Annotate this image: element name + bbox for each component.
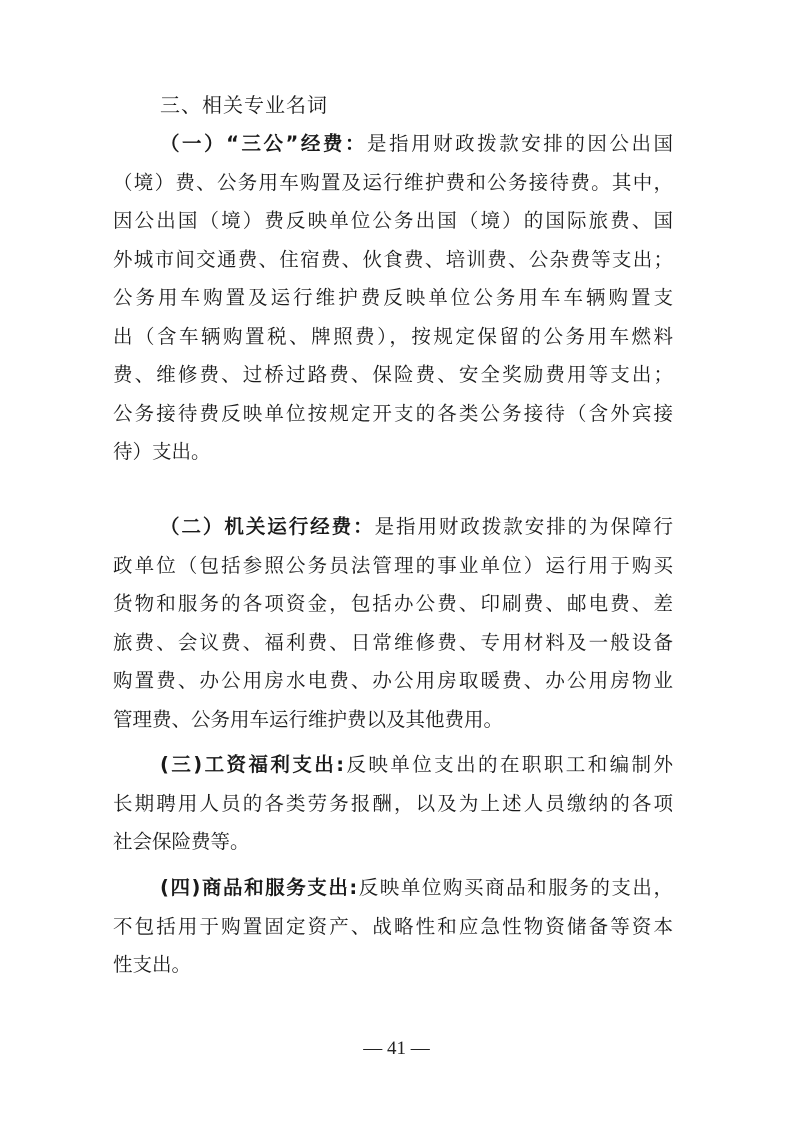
paragraph-3-line-2: 长期聘用人员的各类劳务报酬，以及为上述人员缴纳的各项 <box>113 785 673 823</box>
document-page: 三、相关专业名词 （一）“三公”经费：是指用财政拨款安排的因公出国 （境）费、公… <box>0 0 793 1122</box>
section-heading: 三、相关专业名词 <box>160 86 720 124</box>
paragraph-3-line-1: (三)工资福利支出:反映单位支出的在职职工和编制外 <box>160 746 673 784</box>
paragraph-1-line-1: （一）“三公”经费：是指用财政拨款安排的因公出国 <box>160 125 673 163</box>
paragraph-4-line-2: 不包括用于购置固定资产、战略性和应急性物资储备等资本 <box>113 908 673 946</box>
paragraph-1-line-6: 出（含车辆购置税、牌照费），按规定保留的公务用车燃料 <box>113 318 673 356</box>
paragraph-2-line-6: 管理费、公务用车运行维护费以及其他费用。 <box>113 701 673 739</box>
paragraph-2-line-5: 购置费、办公用房水电费、办公用房取暖费、办公用房物业 <box>113 662 673 700</box>
paragraph-text: 反映单位支出的在职职工和编制外 <box>344 753 673 776</box>
term-goods-services-expenditure: (四)商品和服务支出: <box>160 876 357 899</box>
paragraph-2-line-4: 旅费、会议费、福利费、日常维修费、专用材料及一般设备 <box>113 624 673 662</box>
paragraph-1-line-8: 公务接待费反映单位按规定开支的各类公务接待（含外宾接 <box>113 395 673 433</box>
paragraph-1-line-5: 公务用车购置及运行维护费反映单位公务用车车辆购置支 <box>113 279 673 317</box>
paragraph-2-line-3: 货物和服务的各项资金，包括办公费、印刷费、邮电费、差 <box>113 585 673 623</box>
paragraph-1-line-4: 外城市间交通费、住宿费、伙食费、培训费、公杂费等支出； <box>113 241 673 279</box>
term-sangong-funds: （一）“三公”经费： <box>160 132 367 155</box>
paragraph-4-line-3: 性支出。 <box>113 946 673 984</box>
paragraph-3-line-3: 社会保险费等。 <box>113 823 673 861</box>
paragraph-1-line-9: 待）支出。 <box>113 433 673 471</box>
paragraph-text: 是指用财政拨款安排的因公出国 <box>367 132 673 155</box>
paragraph-1-line-7: 费、维修费、过桥过路费、保险费、安全奖励费用等支出； <box>113 356 673 394</box>
paragraph-1-line-2: （境）费、公务用车购置及运行维护费和公务接待费。其中， <box>113 164 673 202</box>
paragraph-2-line-2: 政单位（包括参照公务员法管理的事业单位）运行用于购买 <box>113 547 673 585</box>
paragraph-text: 反映单位购买商品和服务的支出， <box>357 876 673 899</box>
paragraph-4-line-1: (四)商品和服务支出:反映单位购买商品和服务的支出， <box>160 869 673 907</box>
paragraph-2-line-1: （二）机关运行经费：是指用财政拨款安排的为保障行 <box>160 508 673 546</box>
page-number: — 41 — <box>0 1038 793 1060</box>
term-wage-welfare-expenditure: (三)工资福利支出: <box>160 753 344 776</box>
paragraph-text: 是指用财政拨款安排的为保障行 <box>375 515 673 538</box>
paragraph-1-line-3: 因公出国（境）费反映单位公务出国（境）的国际旅费、国 <box>113 202 673 240</box>
term-agency-operating-funds: （二）机关运行经费： <box>160 515 375 538</box>
